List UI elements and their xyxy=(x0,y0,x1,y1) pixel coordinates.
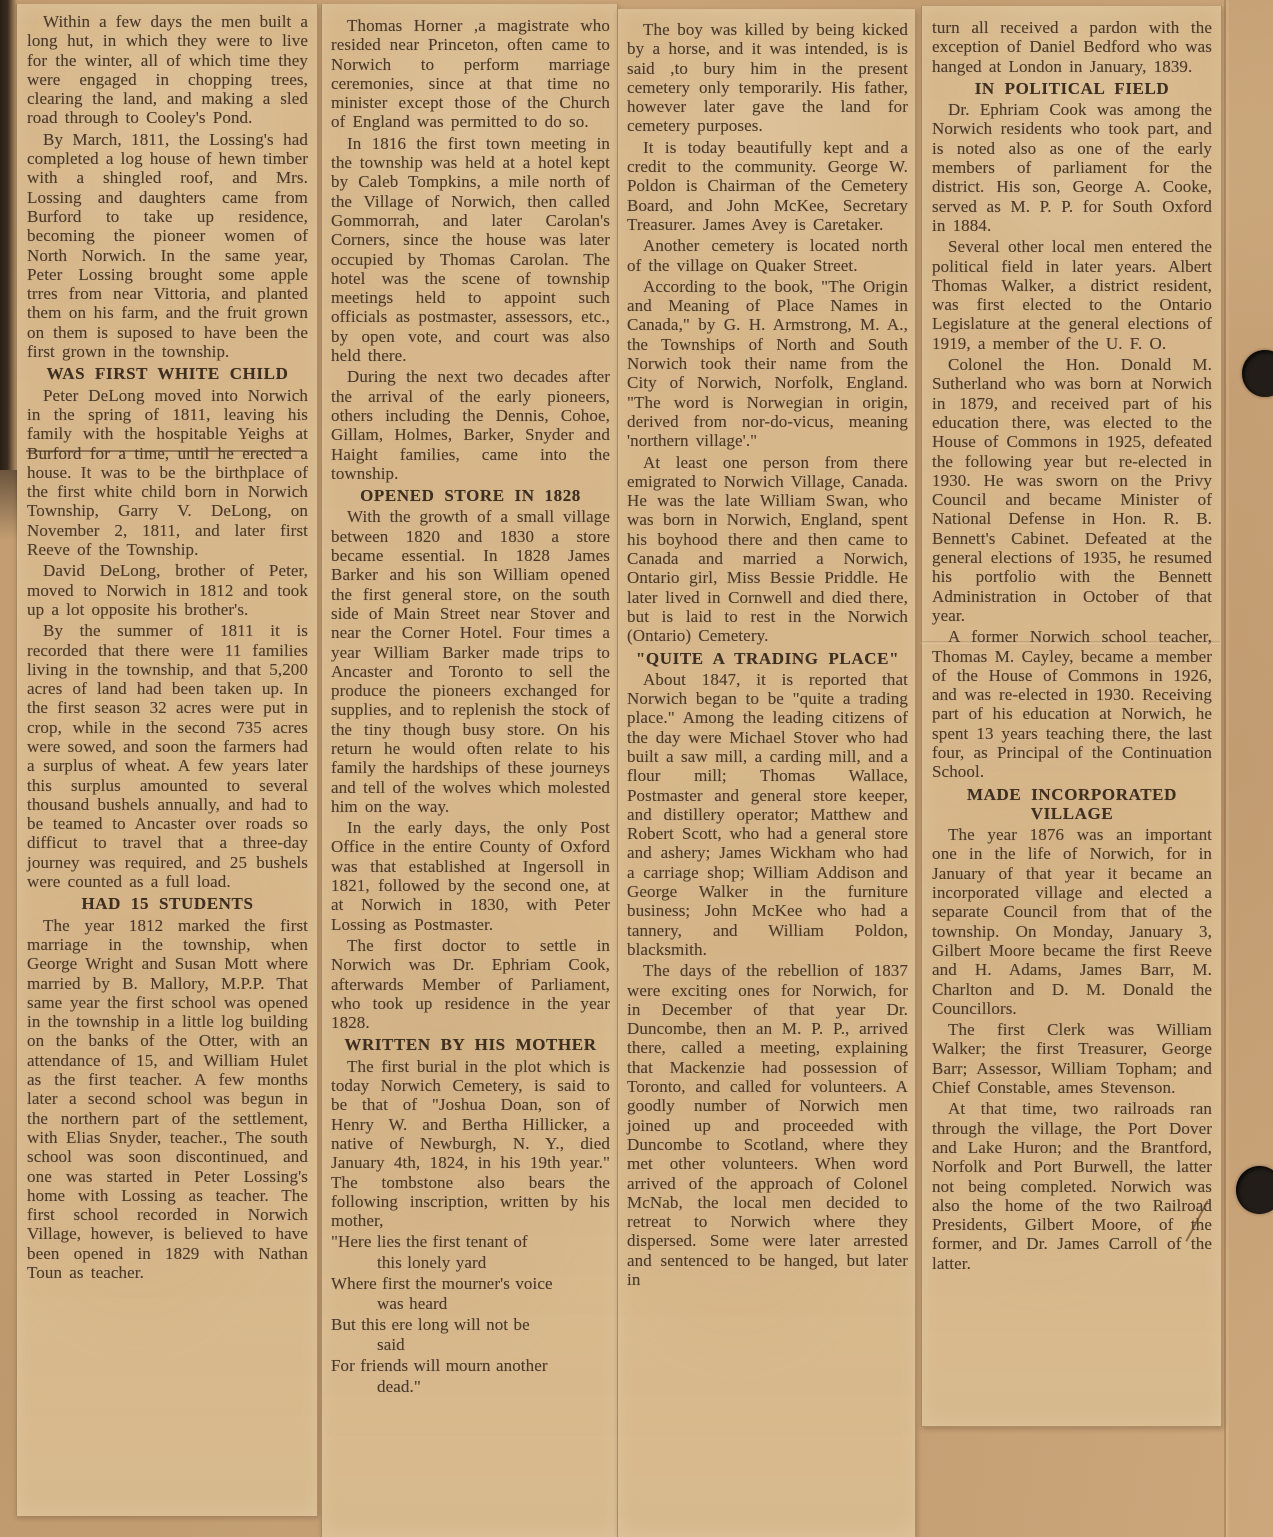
article-paragraph: Thomas Horner ,a magistrate who resided … xyxy=(331,16,610,132)
verse-line: dead." xyxy=(331,1377,610,1398)
verse-line: said xyxy=(331,1335,610,1356)
article-paragraph: At that time, two railroads ran through … xyxy=(932,1099,1212,1273)
article-paragraph: About 1847, it is reported that Norwich … xyxy=(627,670,908,959)
article-paragraph: Another cemetery is located north of the… xyxy=(627,236,908,275)
underline-mark xyxy=(26,450,305,452)
verse-line: was heard xyxy=(331,1294,610,1315)
article-paragraph: The boy was killed by being kicked by a … xyxy=(627,20,908,136)
article-paragraph: According to the book, "The Origin and M… xyxy=(627,277,908,451)
verse-line: Where first the mourner's voice xyxy=(331,1274,610,1295)
verse-line: But this ere long will not be xyxy=(331,1315,610,1336)
article-paragraph: The year 1812 marked the first marriage … xyxy=(27,916,308,1283)
article-paragraph: At least one person from there emigrated… xyxy=(627,453,908,646)
article-paragraph: During the next two decades after the ar… xyxy=(331,367,610,483)
article-paragraph: Colonel the Hon. Donald M. Sutherland wh… xyxy=(932,355,1212,625)
article-paragraph: The first burial in the plot which is to… xyxy=(331,1057,610,1231)
article-paragraph: turn all received a pardon with the exce… xyxy=(932,18,1212,76)
article-paragraph: By March, 1811, the Lossing's had comple… xyxy=(27,130,308,362)
verse-line: "Here lies the first tenant of xyxy=(331,1232,610,1253)
page-left-dark-edge xyxy=(0,0,17,470)
article-paragraph: The year 1876 was an important one in th… xyxy=(932,825,1212,1018)
article-paragraph: It is today beautifully kept and a credi… xyxy=(627,138,908,234)
section-heading: IN POLITICAL FIELD xyxy=(932,79,1212,98)
section-heading: MADE INCORPORATED VILLAGE xyxy=(932,785,1212,824)
section-heading: HAD 15 STUDENTS xyxy=(27,894,308,913)
article-paragraph: The first doctor to settle in Norwich wa… xyxy=(331,936,610,1032)
article-paragraph: The days of the rebellion of 1837 were e… xyxy=(627,961,908,1289)
article-paragraph: By the summer of 1811 it is recorded tha… xyxy=(27,621,308,891)
article-paragraph: A former Norwich school teacher, Thomas … xyxy=(932,627,1212,781)
section-heading: WAS FIRST WHITE CHILD xyxy=(27,364,308,383)
article-paragraph: The first Clerk was William Walker; the … xyxy=(932,1020,1212,1097)
article-paragraph: David DeLong, brother of Peter, moved to… xyxy=(27,561,308,619)
hole-punch-bottom xyxy=(1236,1166,1273,1214)
tombstone-verse: "Here lies the first tenant ofthis lonel… xyxy=(331,1232,610,1397)
article-paragraph: Peter DeLong moved into Norwich in the s… xyxy=(27,386,308,560)
article-paragraph: In 1816 the first town meeting in the to… xyxy=(331,134,610,366)
verse-line: this lonely yard xyxy=(331,1253,610,1274)
scrapbook-page: Within a few days the men built a long h… xyxy=(0,0,1273,1537)
article-column-3: The boy was killed by being kicked by a … xyxy=(627,20,908,1291)
section-heading: "QUITE A TRADING PLACE" xyxy=(627,649,908,668)
article-column-1: Within a few days the men built a long h… xyxy=(27,12,308,1284)
section-heading: WRITTEN BY HIS MOTHER xyxy=(331,1035,610,1054)
verse-line: For friends will mourn another xyxy=(331,1356,610,1377)
article-paragraph: Several other local men entered the poli… xyxy=(932,237,1212,353)
article-column-2: Thomas Horner ,a magistrate who resided … xyxy=(331,16,610,1397)
article-paragraph: Dr. Ephriam Cook was among the Norwich r… xyxy=(932,100,1212,235)
article-paragraph: With the growth of a small village betwe… xyxy=(331,507,610,816)
hole-punch-top xyxy=(1242,350,1273,397)
paper-crease xyxy=(1224,0,1226,1537)
article-column-4: turn all received a pardon with the exce… xyxy=(932,18,1212,1275)
article-paragraph: Within a few days the men built a long h… xyxy=(27,12,308,128)
section-heading: OPENED STORE IN 1828 xyxy=(331,486,610,505)
article-paragraph: In the early days, the only Post Office … xyxy=(331,818,610,934)
